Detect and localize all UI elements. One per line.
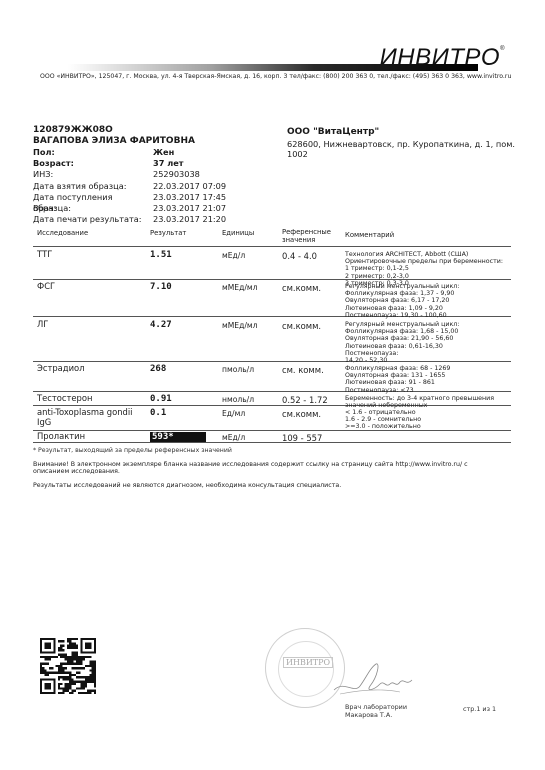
test-result: 593* [150,432,206,442]
test-comment: Беременность: до 3-4 кратного превышения… [345,395,494,409]
test-name: ЛГ [37,319,48,329]
test-result: 0.91 [150,394,172,404]
test-comment: Фолликулярная фаза: 68 - 1269 Овуляторна… [345,365,450,394]
test-name: ТТГ [37,249,52,259]
test-result: 0.1 [150,408,166,418]
test-reference: см. комм. [282,365,324,375]
test-name: Пролактин [37,431,85,441]
col-test: Исследование [37,229,88,237]
disclaimer-text: Результаты исследований не являются диаг… [33,482,341,489]
test-reference: 0.52 - 1.72 [282,395,328,405]
test-units: мМЕд/мл [222,283,257,292]
signer-block: Врач лаборатории Макарова Т.А. [345,703,407,719]
test-units: мЕд/л [222,251,245,260]
test-comment: < 1.6 - отрицательно 1.6 - 2.9 - сомните… [345,409,421,431]
test-name: Эстрадиол [37,363,85,373]
stamp-text: ИНВИТРО [283,657,333,668]
page-number: стр.1 из 1 [463,705,496,713]
signer-title: Врач лаборатории [345,703,407,711]
test-result: 268 [150,364,166,374]
test-comment: Регулярный менструальный цикл: Фолликуля… [345,321,459,364]
test-comment: Регулярный менструальный цикл: Фолликуля… [345,283,459,319]
stamp-inner-ring [278,641,334,697]
col-reference: Референсные значения [282,229,337,244]
test-result: 4.27 [150,320,172,330]
notice-text: Внимание! В электронном экземпляре бланк… [33,461,503,476]
row-divider [33,442,511,443]
test-name: anti-Toxoplasma gondii IgG [37,407,133,427]
test-reference: см.комм. [282,283,321,293]
out-of-range-footnote: * Результат, выходящий за пределы рефере… [33,447,232,454]
signer-name: Макарова Т.А. [345,711,407,719]
test-units: нмоль/л [222,395,254,404]
test-reference: 109 - 557 [282,433,322,443]
test-reference: 0.4 - 4.0 [282,251,317,261]
test-units: мМЕд/мл [222,321,257,330]
row-divider [33,430,511,431]
test-comment: Технология ARCHITECT, Abbott (США) Ориен… [345,251,503,287]
test-reference: см.комм. [282,409,321,419]
test-result: 7.10 [150,282,172,292]
row-divider [33,246,511,247]
test-name: ФСГ [37,281,55,291]
test-units: мЕд/л [222,433,245,442]
col-units: Единицы [222,229,254,237]
col-comment: Комментарий [345,231,394,239]
test-reference: см.комм. [282,321,321,331]
test-units: Ед/мл [222,409,245,418]
test-result: 1.51 [150,250,172,260]
col-result: Результат [150,229,186,237]
qr-code [40,638,96,694]
signature [330,660,420,702]
test-name: Тестостерон [37,393,92,403]
test-units: пмоль/л [222,365,254,374]
